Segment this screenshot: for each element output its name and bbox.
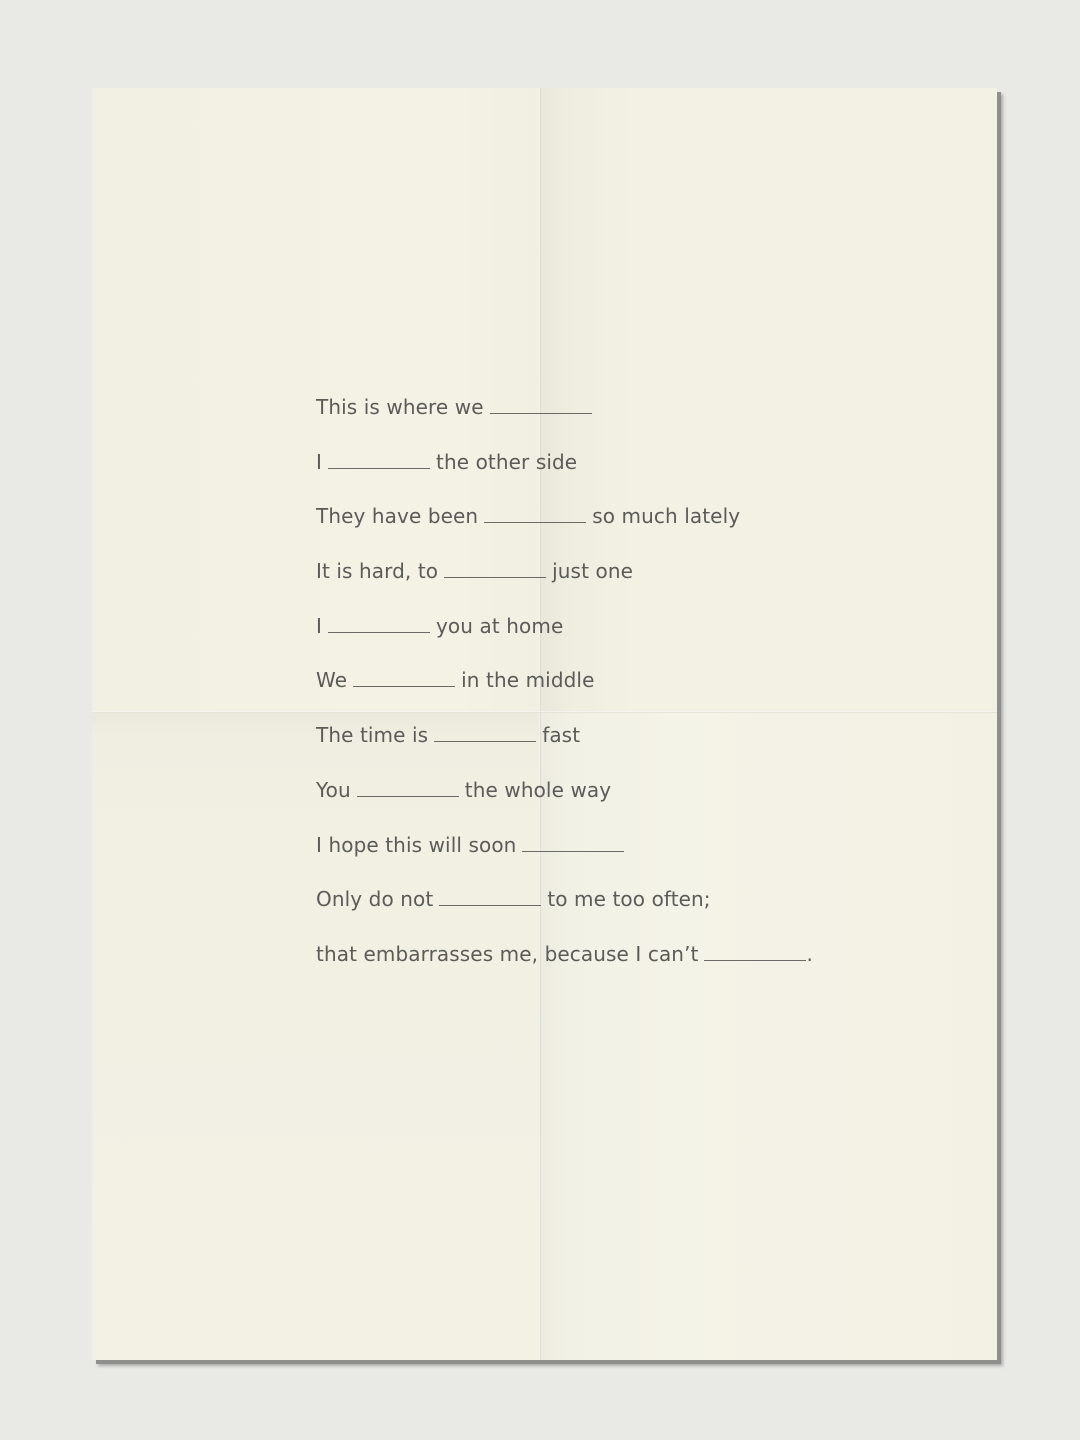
blank-line <box>439 904 541 906</box>
blank-line <box>328 631 430 633</box>
line-text-before: This is where we <box>316 395 484 419</box>
line-text-before: I <box>316 614 322 638</box>
line-text-before: They have been <box>316 504 478 528</box>
poem-line-8: Youthe whole way <box>316 771 813 826</box>
line-text-after: . <box>806 942 812 966</box>
poem-line-3: They have beenso much lately <box>316 497 813 552</box>
line-text-before: We <box>316 668 347 692</box>
blank-line <box>353 685 455 687</box>
poem-line-1: This is where we <box>316 388 813 443</box>
line-text-after: so much lately <box>592 504 740 528</box>
blank-line <box>522 850 624 852</box>
fill-in-the-blank-poem: This is where we Ithe other side They ha… <box>316 388 813 990</box>
blank-line <box>484 521 586 523</box>
line-text-after: the other side <box>436 450 577 474</box>
line-text-before: It is hard, to <box>316 559 438 583</box>
folded-paper: This is where we Ithe other side They ha… <box>92 88 997 1360</box>
line-text-after: you at home <box>436 614 563 638</box>
line-text-before: that embarrasses me, because I can’t <box>316 942 698 966</box>
blank-line <box>704 959 806 961</box>
blank-line <box>490 412 592 414</box>
poem-line-9: I hope this will soon <box>316 826 813 881</box>
line-text-after: fast <box>542 723 580 747</box>
line-text-after: the whole way <box>465 778 611 802</box>
line-text-before: I hope this will soon <box>316 833 516 857</box>
line-text-before: I <box>316 450 322 474</box>
line-text-after: to me too often; <box>547 887 710 911</box>
blank-line <box>444 576 546 578</box>
blank-line <box>434 740 536 742</box>
poem-line-2: Ithe other side <box>316 443 813 498</box>
poem-line-10: Only do notto me too often; <box>316 880 813 935</box>
poem-line-6: Wein the middle <box>316 661 813 716</box>
line-text-after: in the middle <box>461 668 594 692</box>
line-text-after: just one <box>552 559 633 583</box>
poem-line-7: The time isfast <box>316 716 813 771</box>
blank-line <box>357 795 459 797</box>
line-text-before: The time is <box>316 723 428 747</box>
poem-line-5: Iyou at home <box>316 607 813 662</box>
poem-line-4: It is hard, tojust one <box>316 552 813 607</box>
line-text-before: You <box>316 778 351 802</box>
poem-line-11: that embarrasses me, because I can’t. <box>316 935 813 990</box>
blank-line <box>328 467 430 469</box>
line-text-before: Only do not <box>316 887 433 911</box>
